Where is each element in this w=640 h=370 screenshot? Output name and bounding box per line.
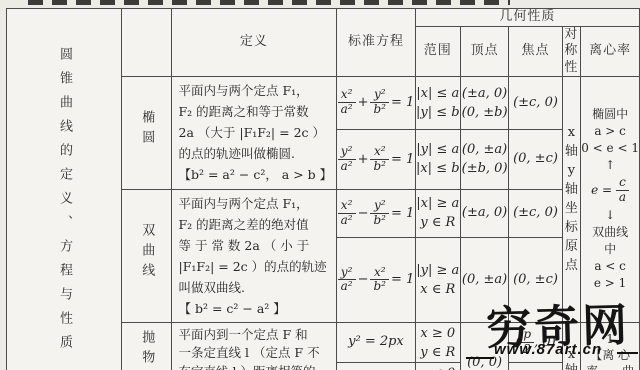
curve-type-parabola: 抛物线	[121, 322, 171, 370]
ellipse-label: 椭圆	[138, 110, 154, 150]
hyperbola-equation-1: x²a²−y²b²= 1	[337, 189, 416, 237]
hyperbola-range-2: |y| ≥ ax ∈ R	[415, 237, 460, 322]
side-title-text: 圆锥曲线的定义、方程与性质	[56, 47, 72, 359]
curve-type-hyperbola: 双曲线	[121, 189, 171, 322]
eccentricity-top-lines: 椭圆中a > c0 < e < 1↑	[581, 106, 639, 174]
hyperbola-foci-1: (±c, 0)	[509, 189, 562, 237]
ellipse-range-1: |x| ≤ a|y| ≤ b	[415, 76, 460, 129]
ellipse-range-2: |y| ≤ a|x| ≤ b	[415, 129, 460, 189]
cropped-title-fragments	[28, 0, 510, 5]
eccentricity-formula: e = ca	[581, 176, 639, 205]
ellipse-foci-2: (0, ±c)	[509, 129, 562, 189]
header-foci: 焦点	[509, 27, 562, 77]
table-side-title: 圆锥曲线的定义、方程与性质	[7, 9, 122, 370]
parabola-range-2: x ≤ 0y ∈ R	[415, 363, 460, 370]
header-symmetry: 对称性	[562, 27, 581, 77]
parabola-focus-2: (−p2, 0)	[509, 363, 562, 370]
watermark-underline-left	[466, 357, 494, 359]
curve-type-ellipse: 椭圆	[121, 76, 171, 189]
parabola-definition: 平面内到一个定点 F 和一条定直线 l （定点 F 不在定直线 l ）距离相等的…	[171, 322, 337, 370]
parabola-range-1: x ≥ 0y ∈ R	[415, 322, 460, 363]
watermark-url: www.87art.cn	[494, 341, 602, 358]
ellipse-definition: 平面内与两个定点 F₁，F₂ 的距离之和等于常数2a （大于 |F₁F₂| = …	[171, 76, 337, 189]
hyperbola-equation-2: y²a²−x²b²= 1	[337, 237, 416, 322]
header-geometric-properties: 几何性质	[415, 9, 639, 27]
hyperbola-label: 双曲线	[138, 223, 154, 283]
ellipse-foci-1: (±c, 0)	[509, 76, 562, 129]
ellipse-equation-2: y²a²+x²b²= 1	[337, 129, 416, 189]
curve-type-header-empty	[121, 9, 171, 77]
ellipse-equation-1: x²a²+y²b²= 1	[337, 76, 416, 129]
ellipse-vertices-1: (±a, 0)(0, ±b)	[460, 76, 509, 129]
header-vertices: 顶点	[460, 27, 509, 77]
hyperbola-vertices-1: (±a, 0)	[460, 189, 509, 237]
parabola-label: 抛物线	[138, 330, 154, 370]
hyperbola-definition: 平面内与两个定点 F₁，F₂ 的距离之差的绝对值等 于 常 数 2a （ 小 于…	[171, 189, 337, 322]
header-range: 范围	[415, 27, 460, 77]
header-eccentricity: 离心率	[581, 27, 640, 77]
parabola-equation-1: y² = 2px	[337, 322, 416, 363]
eccentricity-bottom-lines: ↓双曲线中a < ce > 1	[581, 207, 639, 292]
ellipse-vertices-2: (0, ±a)(±b, 0)	[460, 129, 509, 189]
hyperbola-range-1: |x| ≥ ay ∈ R	[415, 189, 460, 237]
symmetry-ellipse-hyperbola: x 轴y 轴坐标原点	[562, 76, 581, 322]
eccentricity-ellipse-hyperbola: 椭圆中a > c0 < e < 1↑ e = ca ↓双曲线中a < ce > …	[581, 76, 640, 322]
watermark-underline-right	[617, 352, 638, 354]
header-definition: 定义	[171, 9, 337, 77]
header-standard-equation: 标准方程	[337, 9, 416, 77]
parabola-equation-2: y² = −2px	[337, 363, 416, 370]
